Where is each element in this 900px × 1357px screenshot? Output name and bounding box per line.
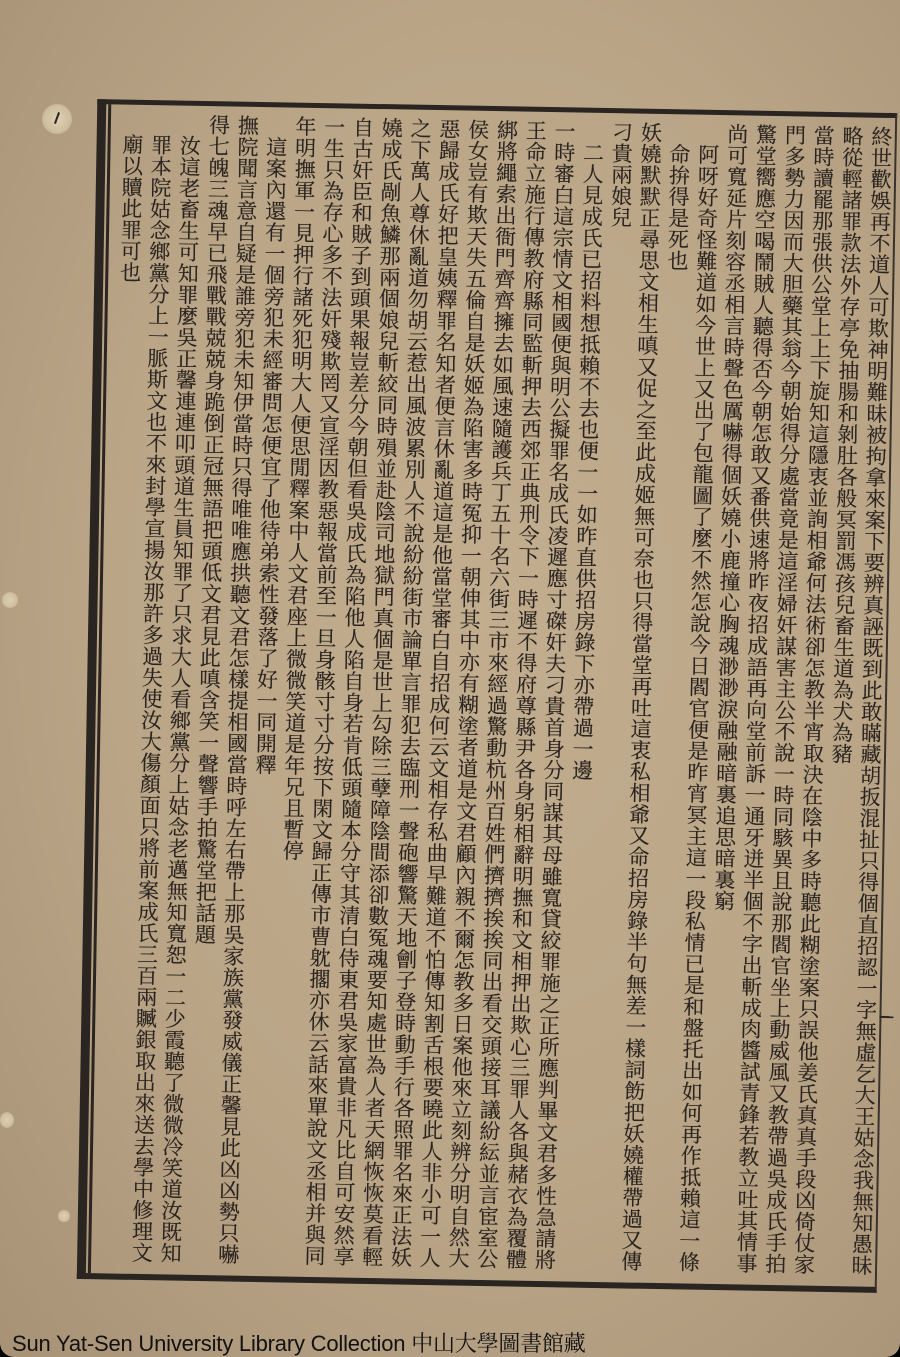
binding-hole [0, 1112, 14, 1128]
text-columns: 終世歡娛再不道人可欺神明難昧被拘拿來案下要辨真誣既到此敢瞞藏胡扳混扯只得個直招認… [91, 104, 895, 1287]
library-collection-credit: Sun Yat-Sen University Library Collectio… [12, 1327, 586, 1357]
binding-hole [58, 1210, 70, 1222]
binding-hole [2, 592, 18, 608]
scanned-book-page: 終世歡娛再不道人可欺神明難昧被拘拿來案下要辨真誣既到此敢瞞藏胡扳混扯只得個直招認… [0, 0, 900, 1357]
fold-mark [879, 1016, 893, 1018]
text-frame-border: 終世歡娛再不道人可欺神明難昧被拘拿來案下要辨真誣既到此敢瞞藏胡扳混扯只得個直招認… [77, 99, 897, 1293]
